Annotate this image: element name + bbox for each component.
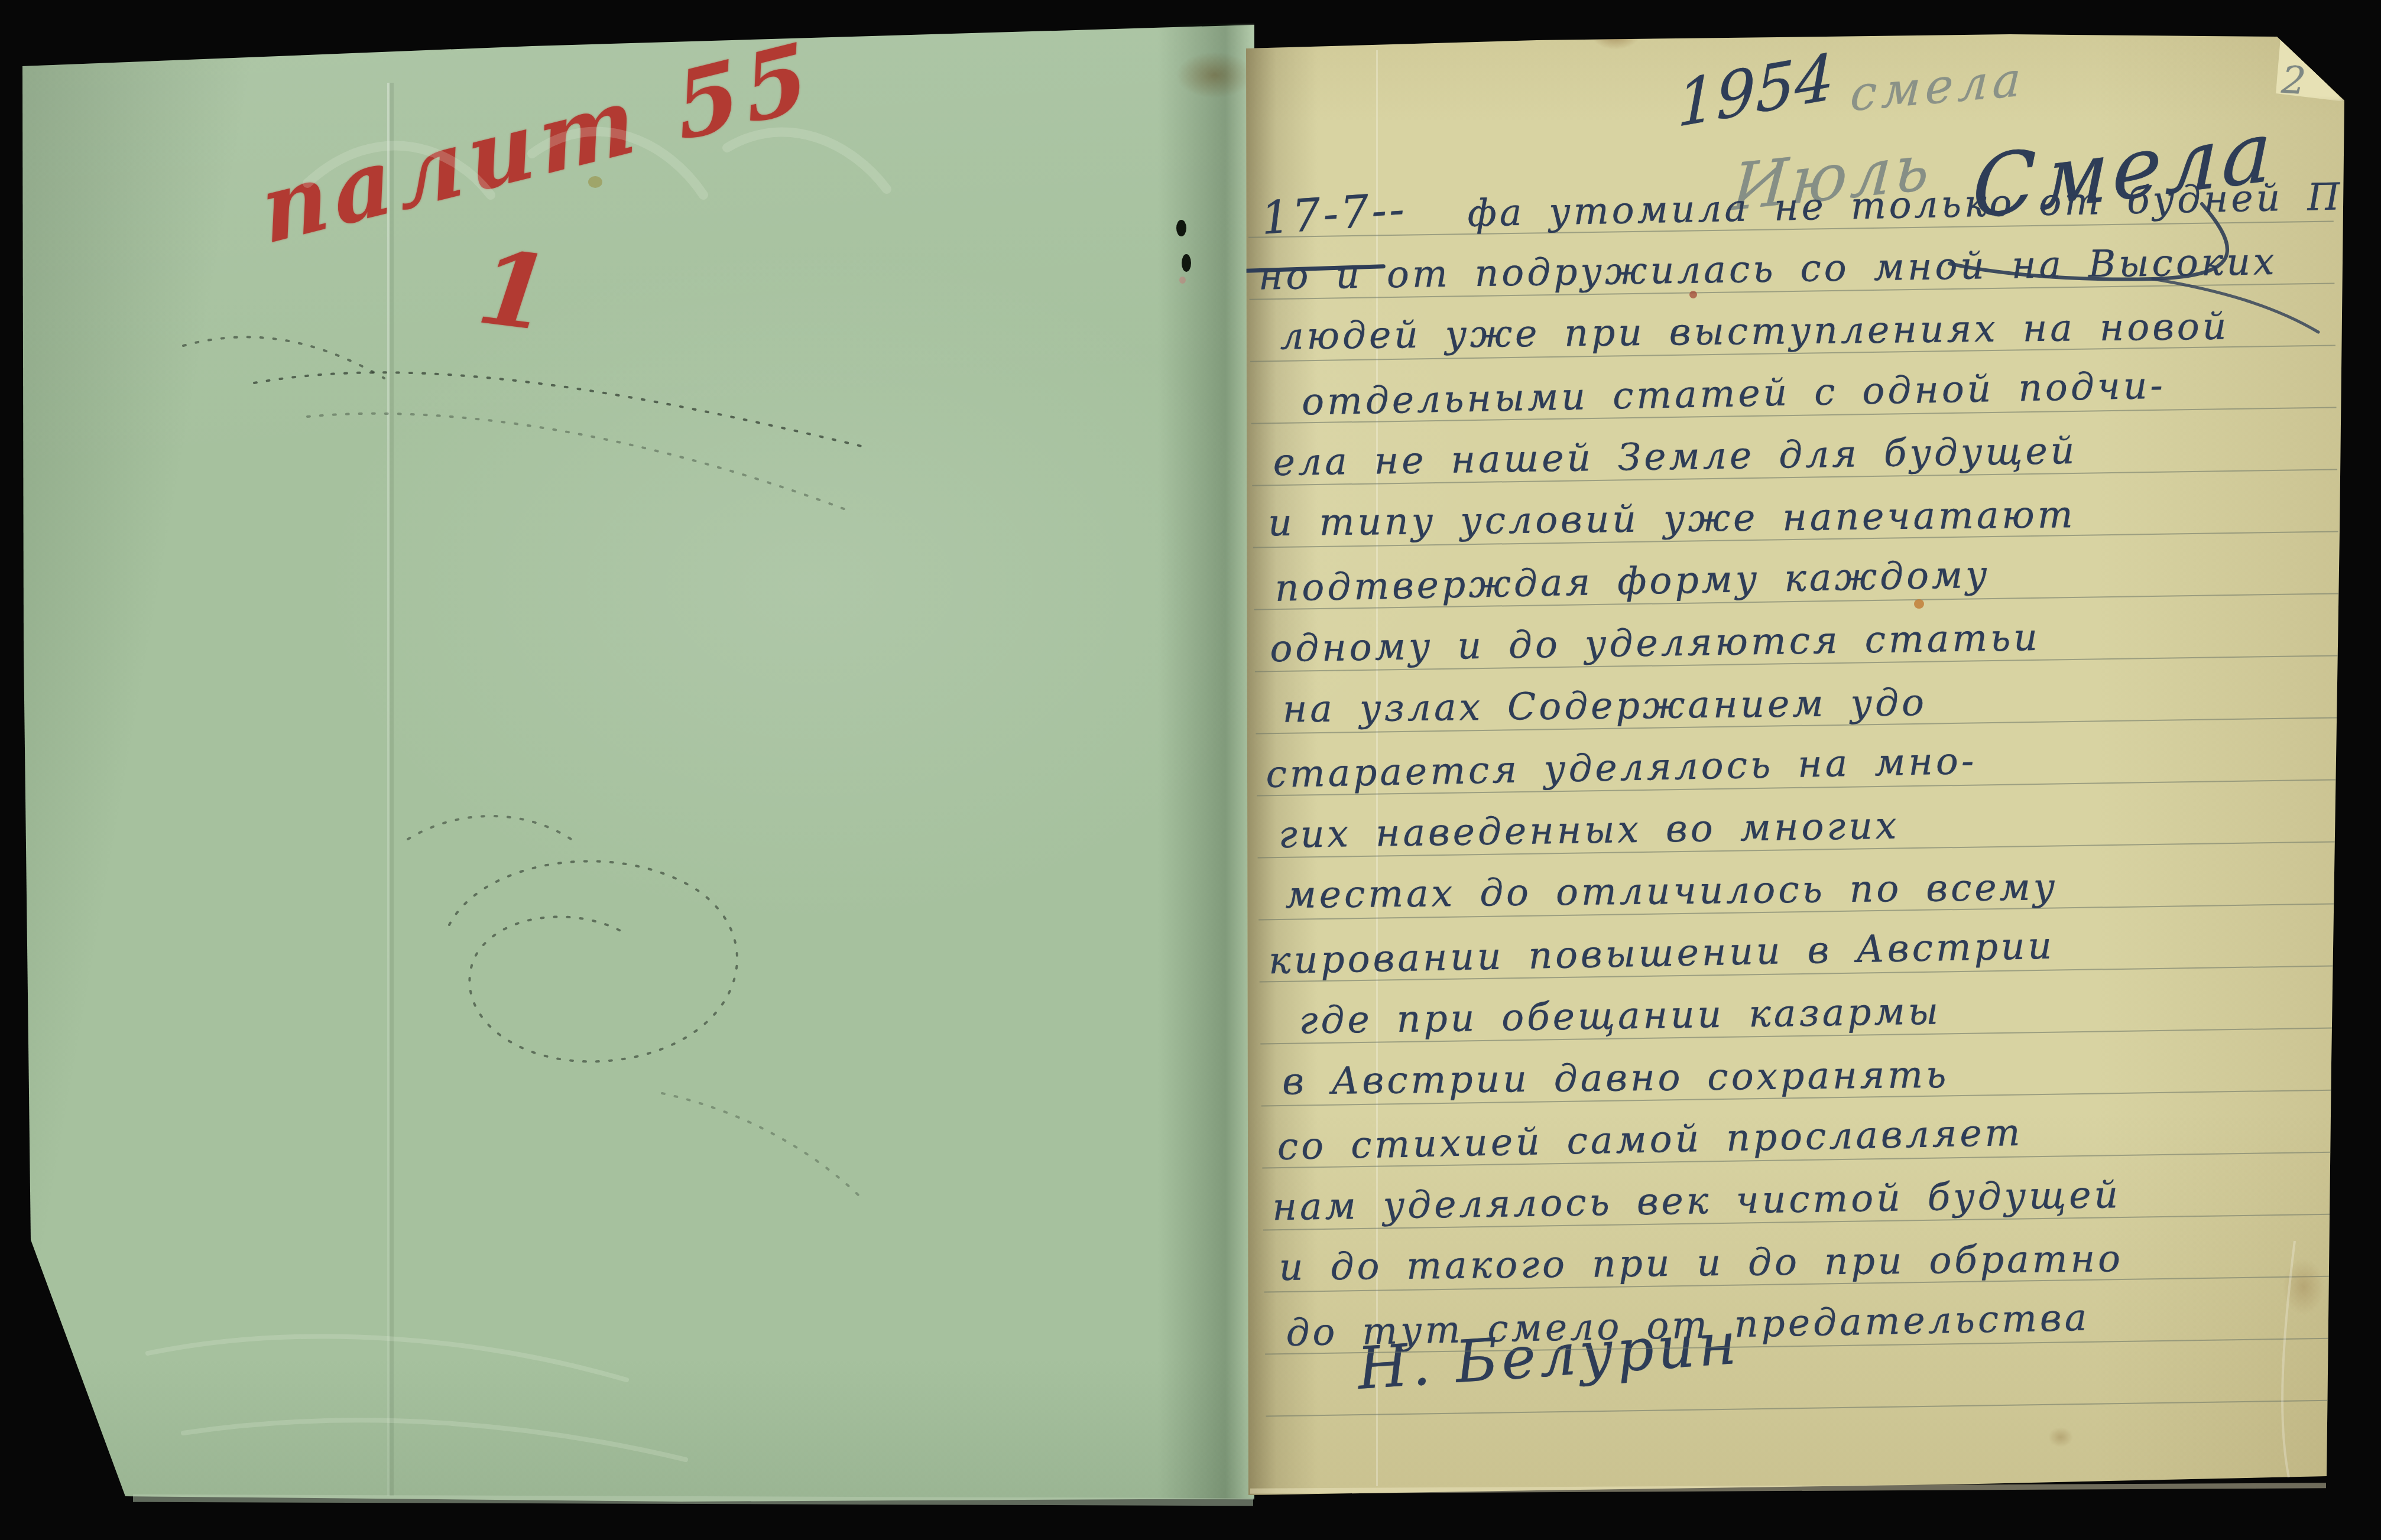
stain (588, 176, 602, 188)
stain (2283, 1259, 2324, 1315)
red-crayon-numeral: 1 (472, 226, 557, 354)
writing-area: 17-7-- Н. Белурин фа утомила не только о… (1237, 0, 2370, 1540)
spine-fold-shadow (1157, 24, 1254, 1500)
handwriting-line: но и от подружилась со мной на Высоких (1258, 240, 2278, 298)
stain (1689, 291, 1697, 298)
handwriting-line: со стихией самой прославляет (1277, 1111, 2023, 1168)
handwriting-line: подтверждая форму каждому (1274, 553, 1990, 609)
handwriting-line: ела не нашей Земле для будущей (1273, 429, 2078, 484)
handwriting-line: на узлах Содержанием удо (1282, 681, 1927, 730)
handwriting-line: отдельными статей с одной подчи- (1301, 364, 2166, 424)
handwriting-line: в Австрии давно сохранять (1282, 1053, 1949, 1103)
handwriting-line: людей уже при выступлениях на новой (1280, 305, 2230, 358)
stain (1590, 15, 1641, 50)
handwriting-line: и типу условий уже напечатают (1268, 493, 2076, 544)
handwriting-line: и до такого при и до при обратно (1279, 1237, 2124, 1289)
handwriting-line: нам уделялось век чистой будущей (1272, 1173, 2122, 1229)
handwriting-line: гих наведенных во многих (1278, 804, 1899, 856)
crease-corner-fold (22, 1236, 119, 1498)
stain (1914, 599, 1924, 609)
handwriting-line: старается уделялось на мно- (1266, 739, 1977, 796)
scanned-notebook-spread: палит 55 1 1954 смела 2 Июль Смела 17-7-… (0, 0, 2381, 1540)
handwriting-line: до тут смело от предательства (1286, 1296, 2090, 1354)
handwriting-line: фа утомила не только от будней Пра- (1467, 174, 2381, 235)
ruled-line (1266, 1399, 2351, 1416)
crease-vertical-shadow (390, 83, 394, 1496)
handwriting-line: кировании повышении в Австрии (1268, 924, 2055, 983)
handwriting-line: местах до отличилось по всему (1285, 865, 2058, 917)
stain (2048, 1427, 2073, 1447)
red-crayon-inscription: палит 55 (255, 20, 820, 265)
